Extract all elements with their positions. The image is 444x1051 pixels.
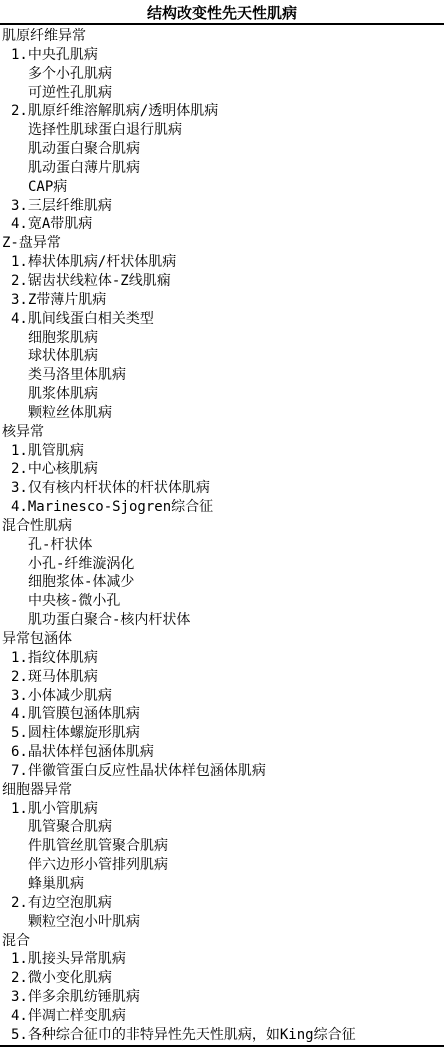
list-item: 类马洛里体肌病 <box>0 366 444 385</box>
list-item: 3.三层纤维肌病 <box>0 197 444 216</box>
list-item: 肌功蛋白聚合-核内杆状体 <box>0 611 444 630</box>
list-item: 7.伴徽管蛋白反应性晶状体样包涵体肌病 <box>0 762 444 781</box>
list-item: 肌管聚合肌病 <box>0 818 444 837</box>
list-item: 2.微小变化肌病 <box>0 969 444 988</box>
list-item: 选择性肌球蛋白退行肌病 <box>0 121 444 140</box>
list-item: 3.小体减少肌病 <box>0 687 444 706</box>
section-heading: 混合 <box>0 932 444 951</box>
section-heading: Z-盘异常 <box>0 234 444 253</box>
list-item: 2.锯齿状线粒体-Z线肌痫 <box>0 272 444 291</box>
list-item: 细胞浆肌病 <box>0 329 444 348</box>
list-item: 4.宽A带肌病 <box>0 215 444 234</box>
list-item: 球状体肌病 <box>0 347 444 366</box>
list-item: 肌动蛋白薄片肌病 <box>0 159 444 178</box>
section-heading: 异常包涵体 <box>0 630 444 649</box>
list-item: 颗粒丝体肌病 <box>0 404 444 423</box>
list-item: 颗粒空泡小叶肌病 <box>0 913 444 932</box>
section-heading: 混合性肌病 <box>0 517 444 536</box>
list-item: 蜂巢肌病 <box>0 875 444 894</box>
section-heading: 肌原纤维异常 <box>0 27 444 46</box>
list-item: 件肌管丝肌管聚合肌病 <box>0 837 444 856</box>
list-item: 2.有边空泡肌病 <box>0 894 444 913</box>
list-item: 伴六边形小管排列肌病 <box>0 856 444 875</box>
outline-list: 肌原纤维异常1.中央孔肌病多个小孔肌病可逆性孔肌病2.肌原纤维溶解肌病/透明体肌… <box>0 27 444 1045</box>
list-item: 小孔-纤维漩涡化 <box>0 555 444 574</box>
list-item: 3.伴多余肌纺锤肌病 <box>0 988 444 1007</box>
list-item: 1.指纹体肌病 <box>0 649 444 668</box>
list-item: 1.中央孔肌病 <box>0 46 444 65</box>
section-heading: 核异常 <box>0 423 444 442</box>
section-heading: 细胞器异常 <box>0 781 444 800</box>
list-item: 肌动蛋白聚合肌病 <box>0 140 444 159</box>
list-item: 细胞浆体-体减少 <box>0 573 444 592</box>
list-item: 5.圆柱体螺旋形肌病 <box>0 724 444 743</box>
list-item: 4.Marinesco-Sjogren综合征 <box>0 498 444 517</box>
list-item: 1.棒状体肌病/杆状体肌病 <box>0 253 444 272</box>
list-item: 孔-杆状体 <box>0 536 444 555</box>
list-item: 6.晶状体样包涵体肌病 <box>0 743 444 762</box>
list-item: 5.各种综合征巾的非特异性先天性肌病，如King综合征 <box>0 1026 444 1045</box>
title-divider <box>0 23 444 25</box>
list-item: 4.肌管膜包涵体肌病 <box>0 705 444 724</box>
list-item: 1.肌小管肌病 <box>0 800 444 819</box>
list-item: 4.伴凋亡样变肌病 <box>0 1007 444 1026</box>
list-item: 多个小孔肌病 <box>0 65 444 84</box>
document-page: 结构改变性先天性肌病 肌原纤维异常1.中央孔肌病多个小孔肌病可逆性孔肌病2.肌原… <box>0 0 444 1051</box>
page-title: 结构改变性先天性肌病 <box>0 3 444 23</box>
list-item: 1.肌管肌病 <box>0 442 444 461</box>
list-item: 3.仅有核内杆状体的杆状体肌病 <box>0 479 444 498</box>
list-item: 中央核-微小孔 <box>0 592 444 611</box>
list-item: CAP病 <box>0 178 444 197</box>
list-item: 2.肌原纤维溶解肌病/透明体肌病 <box>0 102 444 121</box>
list-item: 可逆性孔肌病 <box>0 84 444 103</box>
list-item: 4.肌间线蛋白相关类型 <box>0 310 444 329</box>
list-item: 1.肌接头异常肌病 <box>0 950 444 969</box>
list-item: 3.Z带薄片肌病 <box>0 291 444 310</box>
bottom-divider <box>0 1045 444 1047</box>
list-item: 2.中心核肌病 <box>0 460 444 479</box>
list-item: 2.斑马体肌病 <box>0 668 444 687</box>
list-item: 肌浆体肌病 <box>0 385 444 404</box>
